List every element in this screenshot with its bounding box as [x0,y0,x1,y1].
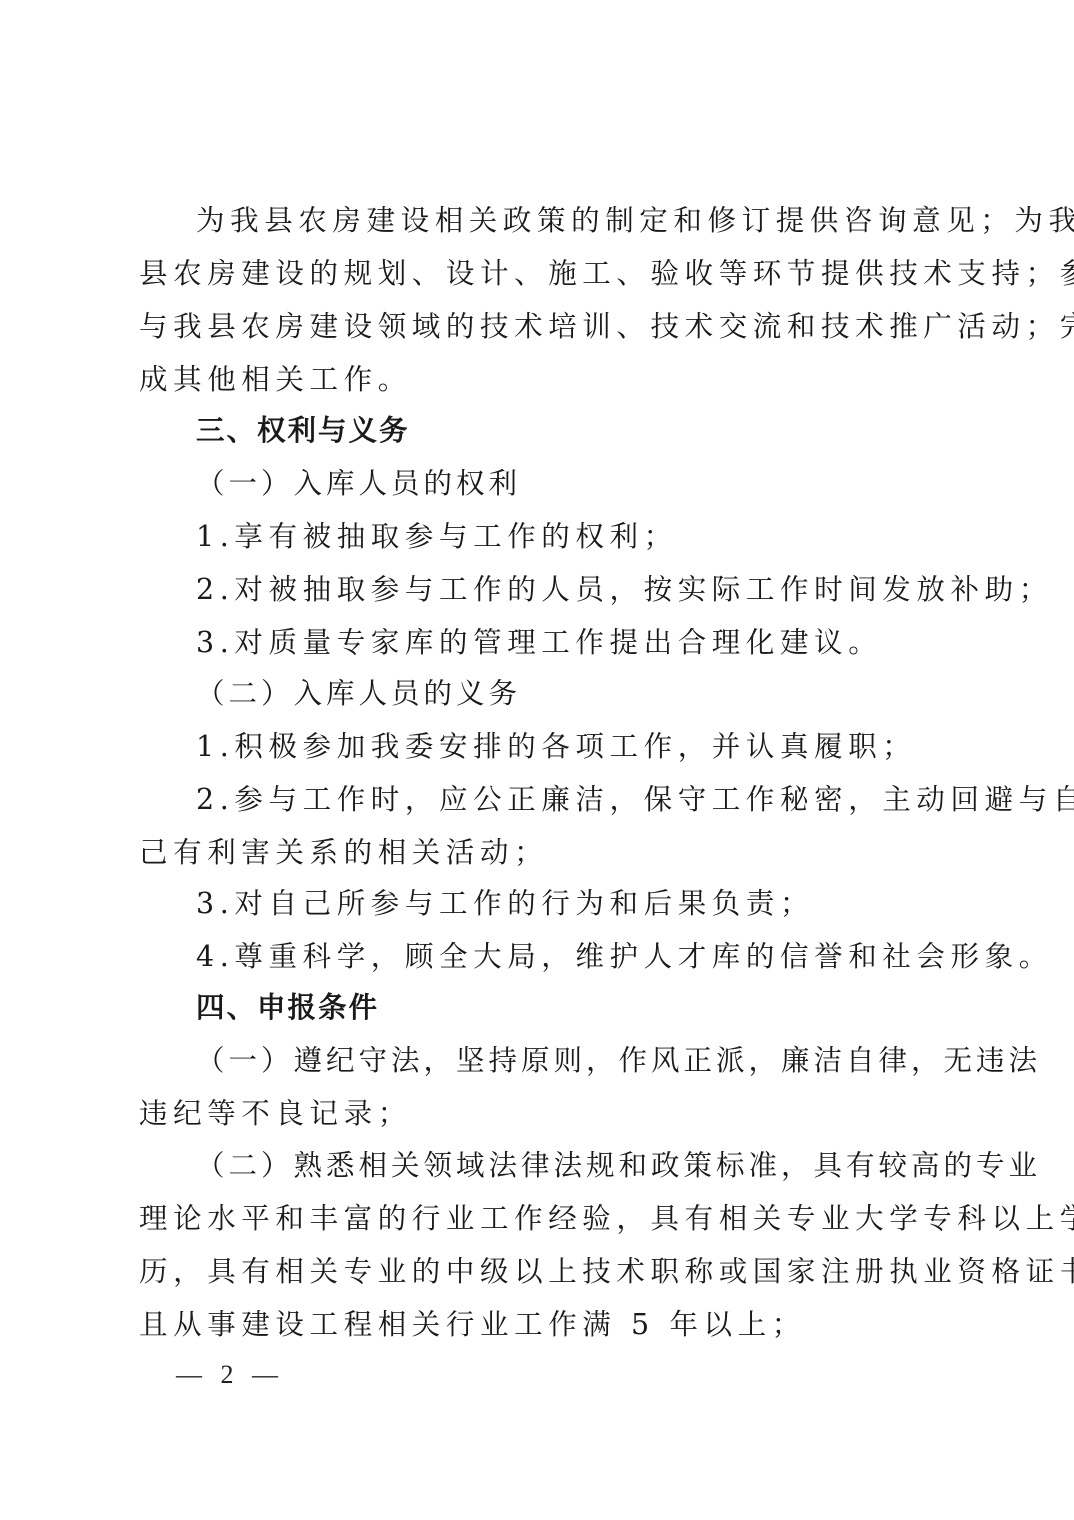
intro-line-2: 县农房建设的规划、设计、施工、验收等环节提供技术支持；参 [139,256,939,292]
section3-heading: 三、权利与义务 [196,413,996,449]
page-number: — 2 — [176,1360,284,1390]
section4-heading: 四、申报条件 [196,990,996,1026]
section4-line-1: （一）遵纪守法，坚持原则，作风正派，廉洁自律，无违法 [196,1043,996,1079]
duties-item-4: 4.尊重科学，顾全大局，维护人才库的信誉和社会形象。 [196,939,996,975]
section4-line-3: （二）熟悉相关领域法律法规和政策标准，具有较高的专业 [196,1148,996,1184]
intro-line-4: 成其他相关工作。 [139,362,939,398]
document-page: 为我县农房建设相关政策的制定和修订提供咨询意见；为我 县农房建设的规划、设计、施… [0,0,1074,1520]
section4-line-4: 理论水平和丰富的行业工作经验，具有相关专业大学专科以上学 [139,1201,939,1237]
rights-item-2: 2.对被抽取参与工作的人员，按实际工作时间发放补助； [196,572,996,608]
intro-line-1: 为我县农房建设相关政策的制定和修订提供咨询意见；为我 [196,203,996,239]
duties-item-3: 3.对自己所参与工作的行为和后果负责； [196,886,996,922]
rights-title: （一）入库人员的权利 [196,466,996,502]
intro-line-3: 与我县农房建设领域的技术培训、技术交流和技术推广活动；完 [139,309,939,345]
rights-item-1: 1.享有被抽取参与工作的权利； [196,519,996,555]
duties-item-1: 1.积极参加我委安排的各项工作，并认真履职； [196,729,996,765]
duties-item-2: 2.参与工作时，应公正廉洁，保守工作秘密，主动回避与自 [196,782,996,818]
section4-line-2: 违纪等不良记录； [139,1096,939,1132]
section4-line-6: 且从事建设工程相关行业工作满 5 年以上； [139,1307,939,1343]
duties-item-2-cont: 己有利害关系的相关活动； [139,835,939,871]
duties-title: （二）入库人员的义务 [196,676,996,712]
section4-line-5: 历，具有相关专业的中级以上技术职称或国家注册执业资格证书， [139,1254,939,1290]
rights-item-3: 3.对质量专家库的管理工作提出合理化建议。 [196,625,996,661]
